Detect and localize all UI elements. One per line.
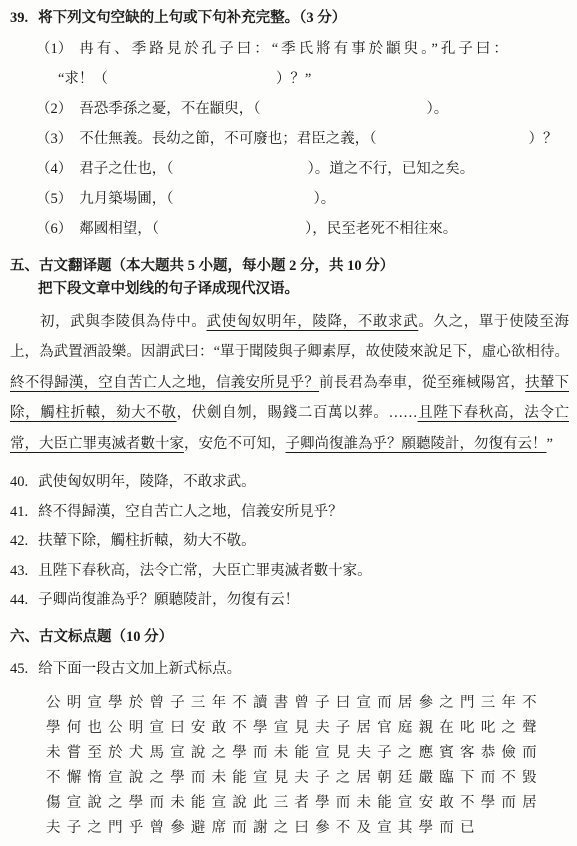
punctuation-text-row: 公明宣學於曾子三年不讀書曾子曰宣而居參之門三年不: [46, 691, 569, 716]
translation-question: 44.子卿尚復誰為乎？願聽陵計，勿復有云！: [10, 586, 569, 616]
answer-blank: [174, 169, 308, 170]
fill-blank-line: （1）冉有、季路見於孔子曰：“季氏將有事於顓臾。”孔子曰：: [10, 34, 569, 64]
fill-blank-line: （5）九月築場圃，（）。: [10, 184, 569, 214]
answer-blank: [159, 229, 305, 230]
question-number: 40.: [10, 474, 28, 490]
punctuation-grid: 公明宣學於曾子三年不讀書曾子曰宣而居參之門三年不學何也公明宣曰安敢不學宣見夫子居…: [10, 691, 569, 841]
item-text: 冉有、季路見於孔子曰：“季氏將有事於顓臾。”孔子曰：: [79, 41, 511, 57]
section-6-header: 六、古文标点题（10 分）: [10, 625, 569, 649]
answer-blank: [261, 109, 427, 110]
punctuation-text-row: 夫子之門乎曾參避席而謝之曰參不及宣其學而已: [46, 816, 569, 841]
passage-text: ”: [547, 436, 553, 452]
translation-question: 41.終不得歸漢，空自苦亡人之地，信義安所見乎？: [10, 498, 569, 528]
answer-blank: [174, 199, 314, 200]
exam-page: 39.将下列文句空缺的上句或下句补充完整。（3 分） （1）冉有、季路見於孔子曰…: [0, 0, 577, 846]
item-text-after-blank: ）？”: [276, 71, 311, 87]
item-number: （2）: [36, 101, 72, 117]
item-text: 鄰國相望，（: [79, 221, 159, 237]
item-text: 不仕無義。長幼之節，不可廢也；君臣之義，（: [79, 131, 376, 147]
question-text: 扶輦下除，觸柱折轅，劾大不敬。: [38, 533, 256, 549]
fill-blank-items: （1）冉有、季路見於孔子曰：“季氏將有事於顓臾。”孔子曰：“求！（）？”（2）吾…: [10, 34, 569, 244]
classical-passage: 初，武與李陵俱為侍中。武使匈奴明年，陵降，不敢求武。久之，單于使陵至海上，為武置…: [10, 307, 569, 459]
question-39-header: 39.将下列文句空缺的上句或下句补充完整。（3 分）: [10, 6, 569, 30]
section-punctuation: 六、古文标点题（10 分） 45.给下面一段古文加上新式标点。 公明宣學於曾子三…: [10, 625, 569, 841]
question-text: 武使匈奴明年，陵降，不敢求武。: [38, 474, 256, 490]
underlined-sentence: 武使匈奴明年，陵降，不敢求武: [206, 314, 418, 330]
item-text: 九月築場圃，（: [79, 191, 173, 207]
punctuation-text-row: 未嘗至於犬馬宣說之學而未能宣見夫子之應賓客恭儉而: [46, 741, 569, 766]
answer-blank: [108, 79, 276, 80]
question-number: 44.: [10, 592, 28, 608]
item-text-after-blank: ）。: [314, 191, 336, 207]
item-text-after-blank: ）。道之不行，已知之矣。: [308, 161, 475, 177]
question-39-number: 39.: [10, 10, 28, 26]
question-text: 終不得歸漢，空自苦亡人之地，信義安所見乎？: [38, 504, 343, 520]
item-text: “求！（: [58, 71, 108, 87]
section-fill-in: 39.将下列文句空缺的上句或下句补充完整。（3 分） （1）冉有、季路見於孔子曰…: [10, 6, 569, 244]
passage-text: ，安危不可知，: [184, 436, 286, 452]
item-text: 吾恐季孫之憂，不在顓臾，（: [79, 101, 260, 117]
passage-text: 前長君為奉車，從至雍棫陽宮，: [319, 375, 525, 391]
section-translation: 五、古文翻译题（本大题共 5 小题，每小题 2 分，共 10 分） 把下段文章中…: [10, 254, 569, 616]
question-45-number: 45.: [10, 661, 28, 677]
question-45-title: 给下面一段古文加上新式标点。: [38, 661, 241, 677]
translation-question: 43.且陛下春秋高，法令亡常，大臣亡罪夷滅者數十家。: [10, 557, 569, 587]
translation-question: 42.扶輦下除，觸柱折轅，劾大不敬。: [10, 527, 569, 557]
fill-blank-line: （3）不仕無義。長幼之節，不可廢也；君臣之義，（）？: [10, 124, 569, 154]
question-39-title: 将下列文句空缺的上句或下句补充完整。（3 分）: [38, 10, 346, 26]
item-number: （4）: [36, 161, 72, 177]
fill-blank-line: （6）鄰國相望，（），民至老死不相往來。: [10, 214, 569, 244]
punctuation-text-row: 不懈惰宣說之學而未能宣見夫子之居朝廷嚴臨下而不毀: [46, 766, 569, 791]
section-5-instruction: 把下段文章中划线的句子译成现代汉语。: [10, 278, 569, 300]
fill-blank-line: （4）君子之仕也，（）。道之不行，已知之矣。: [10, 154, 569, 184]
section-5-header: 五、古文翻译题（本大题共 5 小题，每小题 2 分，共 10 分）: [10, 254, 569, 278]
question-45-header: 45.给下面一段古文加上新式标点。: [10, 656, 569, 682]
item-number: （1）: [36, 41, 72, 57]
answer-blank: [377, 139, 529, 140]
item-text-after-blank: ），民至老死不相往來。: [305, 221, 457, 237]
question-text: 且陛下春秋高，法令亡常，大臣亡罪夷滅者數十家。: [38, 563, 372, 579]
passage-text: 初，武與李陵俱為侍中。: [40, 314, 206, 330]
underlined-sentence: 子卿尚復誰為乎？願聽陵計，勿復有云！: [286, 436, 547, 452]
item-number: （3）: [36, 131, 72, 147]
fill-blank-line: （2）吾恐季孫之憂，不在顓臾，（）。: [10, 94, 569, 124]
translation-questions: 40.武使匈奴明年，陵降，不敢求武。41.終不得歸漢，空自苦亡人之地，信義安所見…: [10, 468, 569, 616]
fill-blank-line: “求！（）？”: [10, 64, 569, 94]
item-text-after-blank: ）。: [427, 101, 449, 117]
passage-text: ，伏劍自刎，賜錢二百萬以葬。……: [177, 405, 418, 421]
punctuation-text-row: 學何也公明宣曰安敢不學宣見夫子居官庭親在叱叱之聲: [46, 716, 569, 741]
punctuation-text-row: 傷宣說之學而未能宣說此三者學而未能宣安敢不學而居: [46, 791, 569, 816]
item-number: （6）: [36, 221, 72, 237]
question-number: 41.: [10, 504, 28, 520]
underlined-sentence: 終不得歸漢，空自苦亡人之地，信義安所見乎？: [10, 375, 319, 391]
question-number: 42.: [10, 533, 28, 549]
item-number: （5）: [36, 191, 72, 207]
question-number: 43.: [10, 563, 28, 579]
item-text-after-blank: ）？: [529, 131, 558, 147]
question-text: 子卿尚復誰為乎？願聽陵計，勿復有云！: [38, 592, 299, 608]
item-text: 君子之仕也，（: [79, 161, 173, 177]
translation-question: 40.武使匈奴明年，陵降，不敢求武。: [10, 468, 569, 498]
